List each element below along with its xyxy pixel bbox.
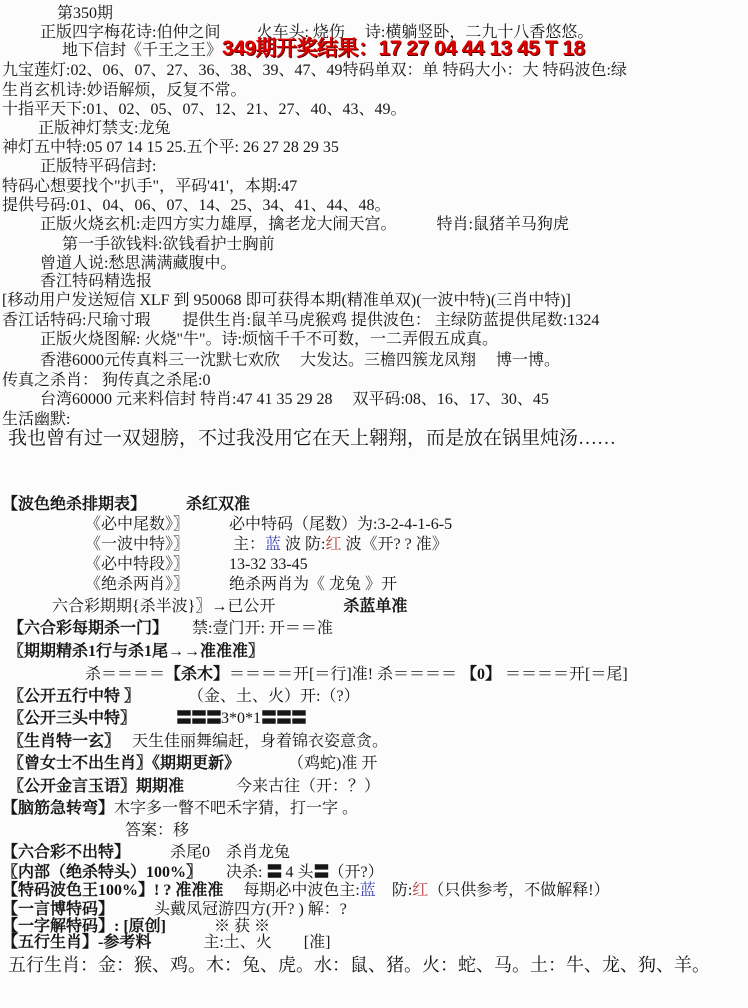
blue-wave: 蓝 [265, 536, 281, 553]
no-special-out: 【六合彩不出特】 杀尾0 杀肖龙兔 [2, 843, 290, 863]
text-segment: 〖内部（绝杀特头）100%〗 [2, 864, 194, 881]
wave-color-king: 【特码波色王100%】! ? 准准准 每期必中波色主:蓝 防:红（只供参考，不做… [2, 881, 610, 901]
must-hit-tails: 《必中尾数》〗 必中特码（尾数）为:3-2-4-1-6-5 [85, 515, 452, 535]
text-segment: 六合彩期期{杀半波}〗→已公开 [52, 598, 343, 615]
fire-diagram: 正版火烧图解: 火烧"牛"。诗:烦恼千千不可数，一二弄假五成真。 [40, 330, 498, 350]
text-segment [138, 496, 186, 513]
text-segment: 【脑筋急转弯】 [2, 800, 114, 817]
text-segment: 【六合彩不出特】 [2, 844, 122, 861]
text-segment: 【一言博特码】 [2, 901, 106, 918]
text-segment: 3*0*1 [221, 710, 261, 727]
text-segment: 〖公开五行中特 〗 [8, 688, 132, 705]
text-segment: 〓 [314, 864, 329, 881]
text-segment: 杀红双准 [186, 496, 250, 513]
text-segment: 我也曾有过一双翅膀，不过我没用它在天上翱翔，而是放在锅里炖汤…… [8, 428, 616, 449]
five-element-zodiac-ref: 【五行生肖】-参考料 主:土、火 [准] [2, 933, 330, 953]
golden-words: 〖公开金言玉语〗期期准 今来古往（开：？） [8, 777, 380, 797]
text-segment: 主:土、火 [准] [151, 934, 330, 951]
text-segment: 香港6000元传真料三一沈默七欢欣 大发达。三檐四簇龙凤翔 博一博。 [40, 352, 560, 369]
ten-fingers-numbers: 十指平天下:01、02、05、07、12、21、27、40、43、49。 [2, 100, 406, 120]
taiwan-envelope: 台湾60000 元来料信封 特肖:47 41 35 29 28 双平码:08、1… [40, 390, 549, 410]
five-element-zodiac-list: 五行生肖：金：猴、鸡。木：兔、虎。水：鼠、猪。火：蛇、马。土：牛、龙、狗、羊。 [8, 955, 710, 975]
hk-fax-material: 香港6000元传真料三一沈默七欢欣 大发达。三檐四簇龙凤翔 博一博。 [40, 351, 560, 371]
text-segment: 【杀木】 [165, 666, 229, 683]
text-segment: 香江话特码:尺瑜寸瑕 提供生肖:鼠羊马虎猴鸡 提供波色： 主绿防蓝提供尾数:13… [2, 312, 599, 329]
magic-lamp-ban: 正版神灯禁支:龙兔 [38, 119, 170, 139]
text-segment: 正版火烧图解: 火烧"牛"。诗:烦恼千千不可数，一二弄假五成真。 [40, 331, 498, 348]
text-segment: 杀尾0 杀肖龙兔 [122, 844, 290, 861]
text-segment: 4 头 [281, 864, 313, 881]
text-segment: ＝＝＝＝开[＝行]准! 杀＝＝＝＝ [229, 666, 461, 683]
text-segment [128, 710, 176, 727]
three-heads-special: 〖公开三头中特〗 〓〓〓3*0*1〓〓〓 [8, 709, 306, 729]
text-segment: 〖曾女士不出生肖〗《期期更新》 [8, 755, 232, 772]
text-segment: 第350期 [57, 5, 113, 22]
text-segment: 〓〓〓 [261, 710, 306, 727]
text-segment: 台湾60000 元来料信封 特肖:47 41 35 29 28 双平码:08、1… [40, 391, 549, 408]
text-segment: 生活幽默: [2, 411, 70, 428]
special-flat-envelope-header: 正版特平码信封: [40, 157, 156, 177]
text-segment: 五行生肖：金：猴、鸡。木：兔、虎。水：鼠、猪。火：蛇、马。土：牛、龙、狗、羊。 [8, 955, 710, 975]
text-segment: 【波色绝杀排期表】 [2, 496, 138, 513]
red-wave: 红 [325, 536, 341, 553]
pickpocket-line: 特码心想要找个"扒手"，平码'41'，本期:47 [2, 177, 297, 197]
madam-zeng-excluded: 〖曾女士不出生肖〗《期期更新》 （鸡蛇)准 开 [8, 754, 377, 774]
text-segment: （鸡蛇)准 开 [232, 755, 377, 772]
lamp-five-special: 神灯五中特:05 07 14 15 25.五个平: 26 27 28 29 35 [2, 138, 339, 158]
text-segment: 防: [376, 882, 412, 899]
text-segment: 地下信封《千王之王》 [62, 42, 222, 59]
red-wave: 红 [412, 882, 428, 899]
text-segment: 十指平天下:01、02、05、07、12、21、27、40、43、49。 [2, 101, 406, 118]
text-segment: 传真之杀肖： 狗传真之杀尾:0 [2, 372, 210, 389]
one-wave-special: 《一波中特》〗 主：蓝 波 防:红 波《开? ? 准》 [85, 535, 448, 555]
five-elements-special: 〖公开五行中特 〗 （金、土、火）开:（?） [8, 687, 360, 707]
zeng-daoren-says: 曾道人说:愁思满满藏腹中。 [40, 254, 236, 274]
text-segment: 波 防: [281, 536, 325, 553]
text-segment: （开?） [329, 864, 384, 881]
zodiac-mystery-poem: 生肖玄机诗:妙语解烦，反复不常。 [2, 81, 246, 101]
text-segment: 天生佳丽舞编赶，身着锦衣姿意贪。 [112, 733, 388, 750]
text-segment: 头戴凤冠游四方(开? ) 解：? [106, 901, 347, 918]
numbers-offered: 提供号码:01、04、06、07、14、25、34、41、44、48。 [2, 196, 390, 216]
text-segment: 【五行生肖】-参考料 [2, 934, 151, 951]
wave-kill-table-header: 【波色绝杀排期表】 杀红双准 [2, 495, 250, 515]
kill-one-door: 【六合彩每期杀一门】 禁:壹门开: 开＝＝准 [8, 619, 333, 639]
text-segment: 特码心想要找个"扒手"，平码'41'，本期:47 [2, 178, 297, 195]
text-segment: 〖期期精杀1行与杀1尾→→准准准〗 [8, 643, 264, 660]
text-segment: 杀＝＝＝＝ [85, 666, 165, 683]
text-segment: 神灯五中特:05 07 14 15 25.五个平: 26 27 28 29 35 [2, 139, 339, 156]
must-hit-section: 《必中特段》〗 13-32 33-45 [85, 555, 308, 575]
humor-header: 生活幽默: [2, 410, 70, 430]
precise-kill-row-tail: 〖期期精杀1行与杀1尾→→准准准〗 [8, 642, 264, 662]
text-segment: 提供号码:01、04、06、07、14、25、34、41、44、48。 [2, 197, 390, 214]
text-segment: 第一手欲钱料:欲钱看护士胸前 [62, 236, 274, 253]
text-segment: 特码单双：单 特码大小：大 特码波色:绿 [342, 62, 626, 79]
first-money-tip: 第一手欲钱料:欲钱看护士胸前 [62, 235, 274, 255]
text-segment: 正版特平码信封: [40, 158, 156, 175]
text-segment: 〖公开金言玉语〗期期准 [8, 778, 184, 795]
text-segment: 《必中特段》〗 13-32 33-45 [85, 556, 308, 573]
text-segment: 曾道人说:愁思满满藏腹中。 [40, 255, 236, 272]
text-segment: 【特码波色王100%】! ? 准准准 [2, 882, 223, 899]
issue-number: 第350期 [57, 4, 113, 24]
text-segment: 九宝莲灯:02、06、07、27、36、38、39、47、49 [2, 62, 342, 79]
text-segment: （金、土、火）开:（?） [132, 688, 360, 705]
text-segment: 正版火烧玄机:走四方实力雄厚，擒老龙大闹天宫。 [40, 216, 388, 233]
text-segment: 波《开? ? 准》 [342, 536, 448, 553]
lottery-info-sheet: 第350期正版四字梅花诗:伯仲之间 火车头: 烧伤 诗:横躺竖卧，二九十八香悠悠… [0, 0, 748, 1008]
zodiac-one-mystery: 〖生肖特一玄〗 天生佳丽舞编赶，身着锦衣姿意贪。 [8, 732, 388, 752]
nine-treasure-lantern: 九宝莲灯:02、06、07、27、36、38、39、47、49特码单双：单 特码… [2, 61, 627, 81]
internal-kill-head: 〖内部（绝杀特头）100%〗 决杀: 〓 4 头〓（开?） [2, 863, 384, 883]
text-segment: ＝＝＝＝开[＝尾] [501, 666, 628, 683]
brain-teaser: 【脑筋急转弯】木字多一瞥不吧禾字猜，打一字 。 [2, 799, 358, 819]
text-segment: 《必中尾数》〗 必中特码（尾数）为:3-2-4-1-6-5 [85, 516, 452, 533]
draw-result-349: 349期开奖结果：17 27 04 44 13 45 T 18 [222, 37, 585, 60]
fax-kill-zodiac: 传真之杀肖： 狗传真之杀尾:0 [2, 371, 210, 391]
text-segment: [移动用户发送短信 XLF 到 950068 即可获得本期(精准单双)(一波中特… [2, 292, 571, 309]
underground-envelope-result: 地下信封《千王之王》349期开奖结果：17 27 04 44 13 45 T 1… [62, 38, 585, 61]
text-segment: 〓〓〓 [176, 710, 221, 727]
text-segment: 特肖:鼠猪羊马狗虎 [388, 216, 568, 233]
xiangjiang-special: 香江话特码:尺瑜寸瑕 提供生肖:鼠羊马虎猴鸡 提供波色： 主绿防蓝提供尾数:13… [2, 311, 599, 331]
text-segment: 答案：移 [125, 822, 189, 839]
text-segment: （只供参考，不做解释!） [428, 882, 609, 899]
fire-mystery: 正版火烧玄机:走四方实力雄厚，擒老龙大闹天宫。 特肖:鼠猪羊马狗虎 [40, 215, 569, 235]
kill-two-zodiacs: 《绝杀两肖》〗 绝杀两肖为《 龙兔 》开 [85, 575, 397, 595]
text-segment: 【0】 [461, 666, 501, 683]
text-segment: 今来古往（开：？） [184, 778, 380, 795]
xiangjiang-header: 香江特码精选报 [40, 272, 152, 292]
text-segment: 杀蓝单准 [343, 598, 407, 615]
text-segment: 〓 [266, 864, 281, 881]
humor-text: 我也曾有过一双翅膀，不过我没用它在天上翱翔，而是放在锅里炖汤…… [8, 429, 616, 449]
text-segment: 决杀: [194, 864, 266, 881]
text-segment: 正版神灯禁支:龙兔 [38, 120, 170, 137]
text-segment: 【六合彩每期杀一门】 [8, 620, 160, 637]
text-segment: 每期必中波色主: [223, 882, 359, 899]
sms-notice: [移动用户发送短信 XLF 到 950068 即可获得本期(精准单双)(一波中特… [2, 291, 571, 311]
text-segment: 〖公开三头中特〗 [8, 710, 128, 727]
text-segment: 香江特码精选报 [40, 273, 152, 290]
blue-wave: 蓝 [360, 882, 376, 899]
text-segment: 《一波中特》〗 主： [85, 536, 265, 553]
text-segment: 木字多一瞥不吧禾字猜，打一字 。 [114, 800, 358, 817]
kill-half-wave: 六合彩期期{杀半波}〗→已公开 杀蓝单准 [52, 597, 407, 617]
text-segment: 〖生肖特一玄〗 [8, 733, 112, 750]
text-segment: 禁:壹门开: 开＝＝准 [160, 620, 333, 637]
kill-bars-line: 杀＝＝＝＝【杀木】＝＝＝＝开[＝行]准! 杀＝＝＝＝ 【0】 ＝＝＝＝开[＝尾] [85, 665, 628, 685]
text-segment: 《绝杀两肖》〗 绝杀两肖为《 龙兔 》开 [85, 576, 397, 593]
brain-teaser-answer: 答案：移 [125, 821, 189, 841]
text-segment: 生肖玄机诗:妙语解烦，反复不常。 [2, 82, 246, 99]
